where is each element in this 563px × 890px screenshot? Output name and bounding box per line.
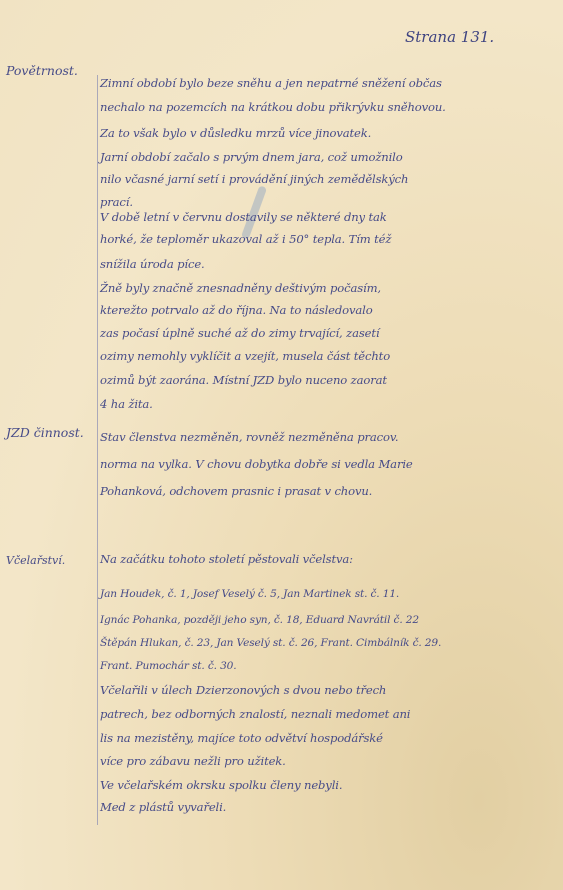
handwritten-chronicle-page: Strana 131. Povětrnost. Zimní období byl…	[0, 0, 563, 890]
margin-rule	[97, 75, 98, 825]
text-line: lis na mezistěny, majíce toto odvětví ho…	[100, 731, 555, 745]
text-line: horké, že teploměr ukazoval až i 50° tep…	[100, 232, 555, 246]
margin-label-beekeeping: Včelařství.	[6, 552, 65, 570]
margin-label-weather: Povětrnost.	[6, 62, 78, 80]
page-number: Strana 131.	[405, 28, 494, 46]
text-line: Za to však bylo v důsledku mrzů více jin…	[100, 126, 555, 140]
text-line: Pohanková, odchovem prasnic i prasat v c…	[100, 484, 555, 498]
text-line: patrech, bez odborných znalostí, neznali…	[100, 707, 555, 721]
text-line: Žně byly značně znesnadněny deštivým poč…	[100, 281, 555, 295]
text-line: zas počasí úplně suché až do zimy trvají…	[100, 326, 555, 340]
text-line: Med z plástů vyvařeli.	[100, 800, 555, 814]
text-line: norma na vylka. V chovu dobytka dobře si…	[100, 457, 555, 471]
text-line: kterežto potrvalo až do října. Na to nás…	[100, 303, 555, 317]
text-line: ozimů být zaorána. Místní JZD bylo nucen…	[100, 373, 555, 387]
text-line: nilo včasné jarní setí i provádění jinýc…	[100, 172, 555, 186]
text-line: V době letní v červnu dostavily se někte…	[100, 210, 555, 224]
text-line: 4 ha žita.	[100, 397, 555, 411]
text-line: Ve včelařském okrsku spolku členy nebyli…	[100, 778, 555, 792]
text-line: Zimní období bylo beze sněhu a jen nepat…	[100, 76, 555, 90]
text-line: Jan Houdek, č. 1, Josef Veselý č. 5, Jan…	[100, 588, 555, 600]
text-line: nechalo na pozemcích na krátkou dobu při…	[100, 100, 555, 114]
text-line: Včelařili v úlech Dzierzonových s dvou n…	[100, 683, 555, 697]
text-line: Jarní období začalo s prvým dnem jara, c…	[100, 150, 555, 164]
text-line: Na začátku tohoto století pěstovali včel…	[100, 552, 555, 566]
text-line: ozimy nemohly vyklíčit a vzejít, musela …	[100, 349, 555, 363]
text-line: Frant. Pumochár st. č. 30.	[100, 660, 555, 672]
text-line: Stav členstva nezměněn, rovněž nezměněna…	[100, 430, 555, 444]
text-line: snížila úroda píce.	[100, 257, 555, 271]
text-line: více pro zábavu nežli pro užitek.	[100, 754, 555, 768]
text-line: Štěpán Hlukan, č. 23, Jan Veselý st. č. …	[100, 637, 555, 649]
margin-label-jzd: JZD činnost.	[6, 424, 86, 442]
text-line: Ignác Pohanka, později jeho syn, č. 18, …	[100, 614, 555, 626]
text-line: prací.	[100, 195, 555, 209]
